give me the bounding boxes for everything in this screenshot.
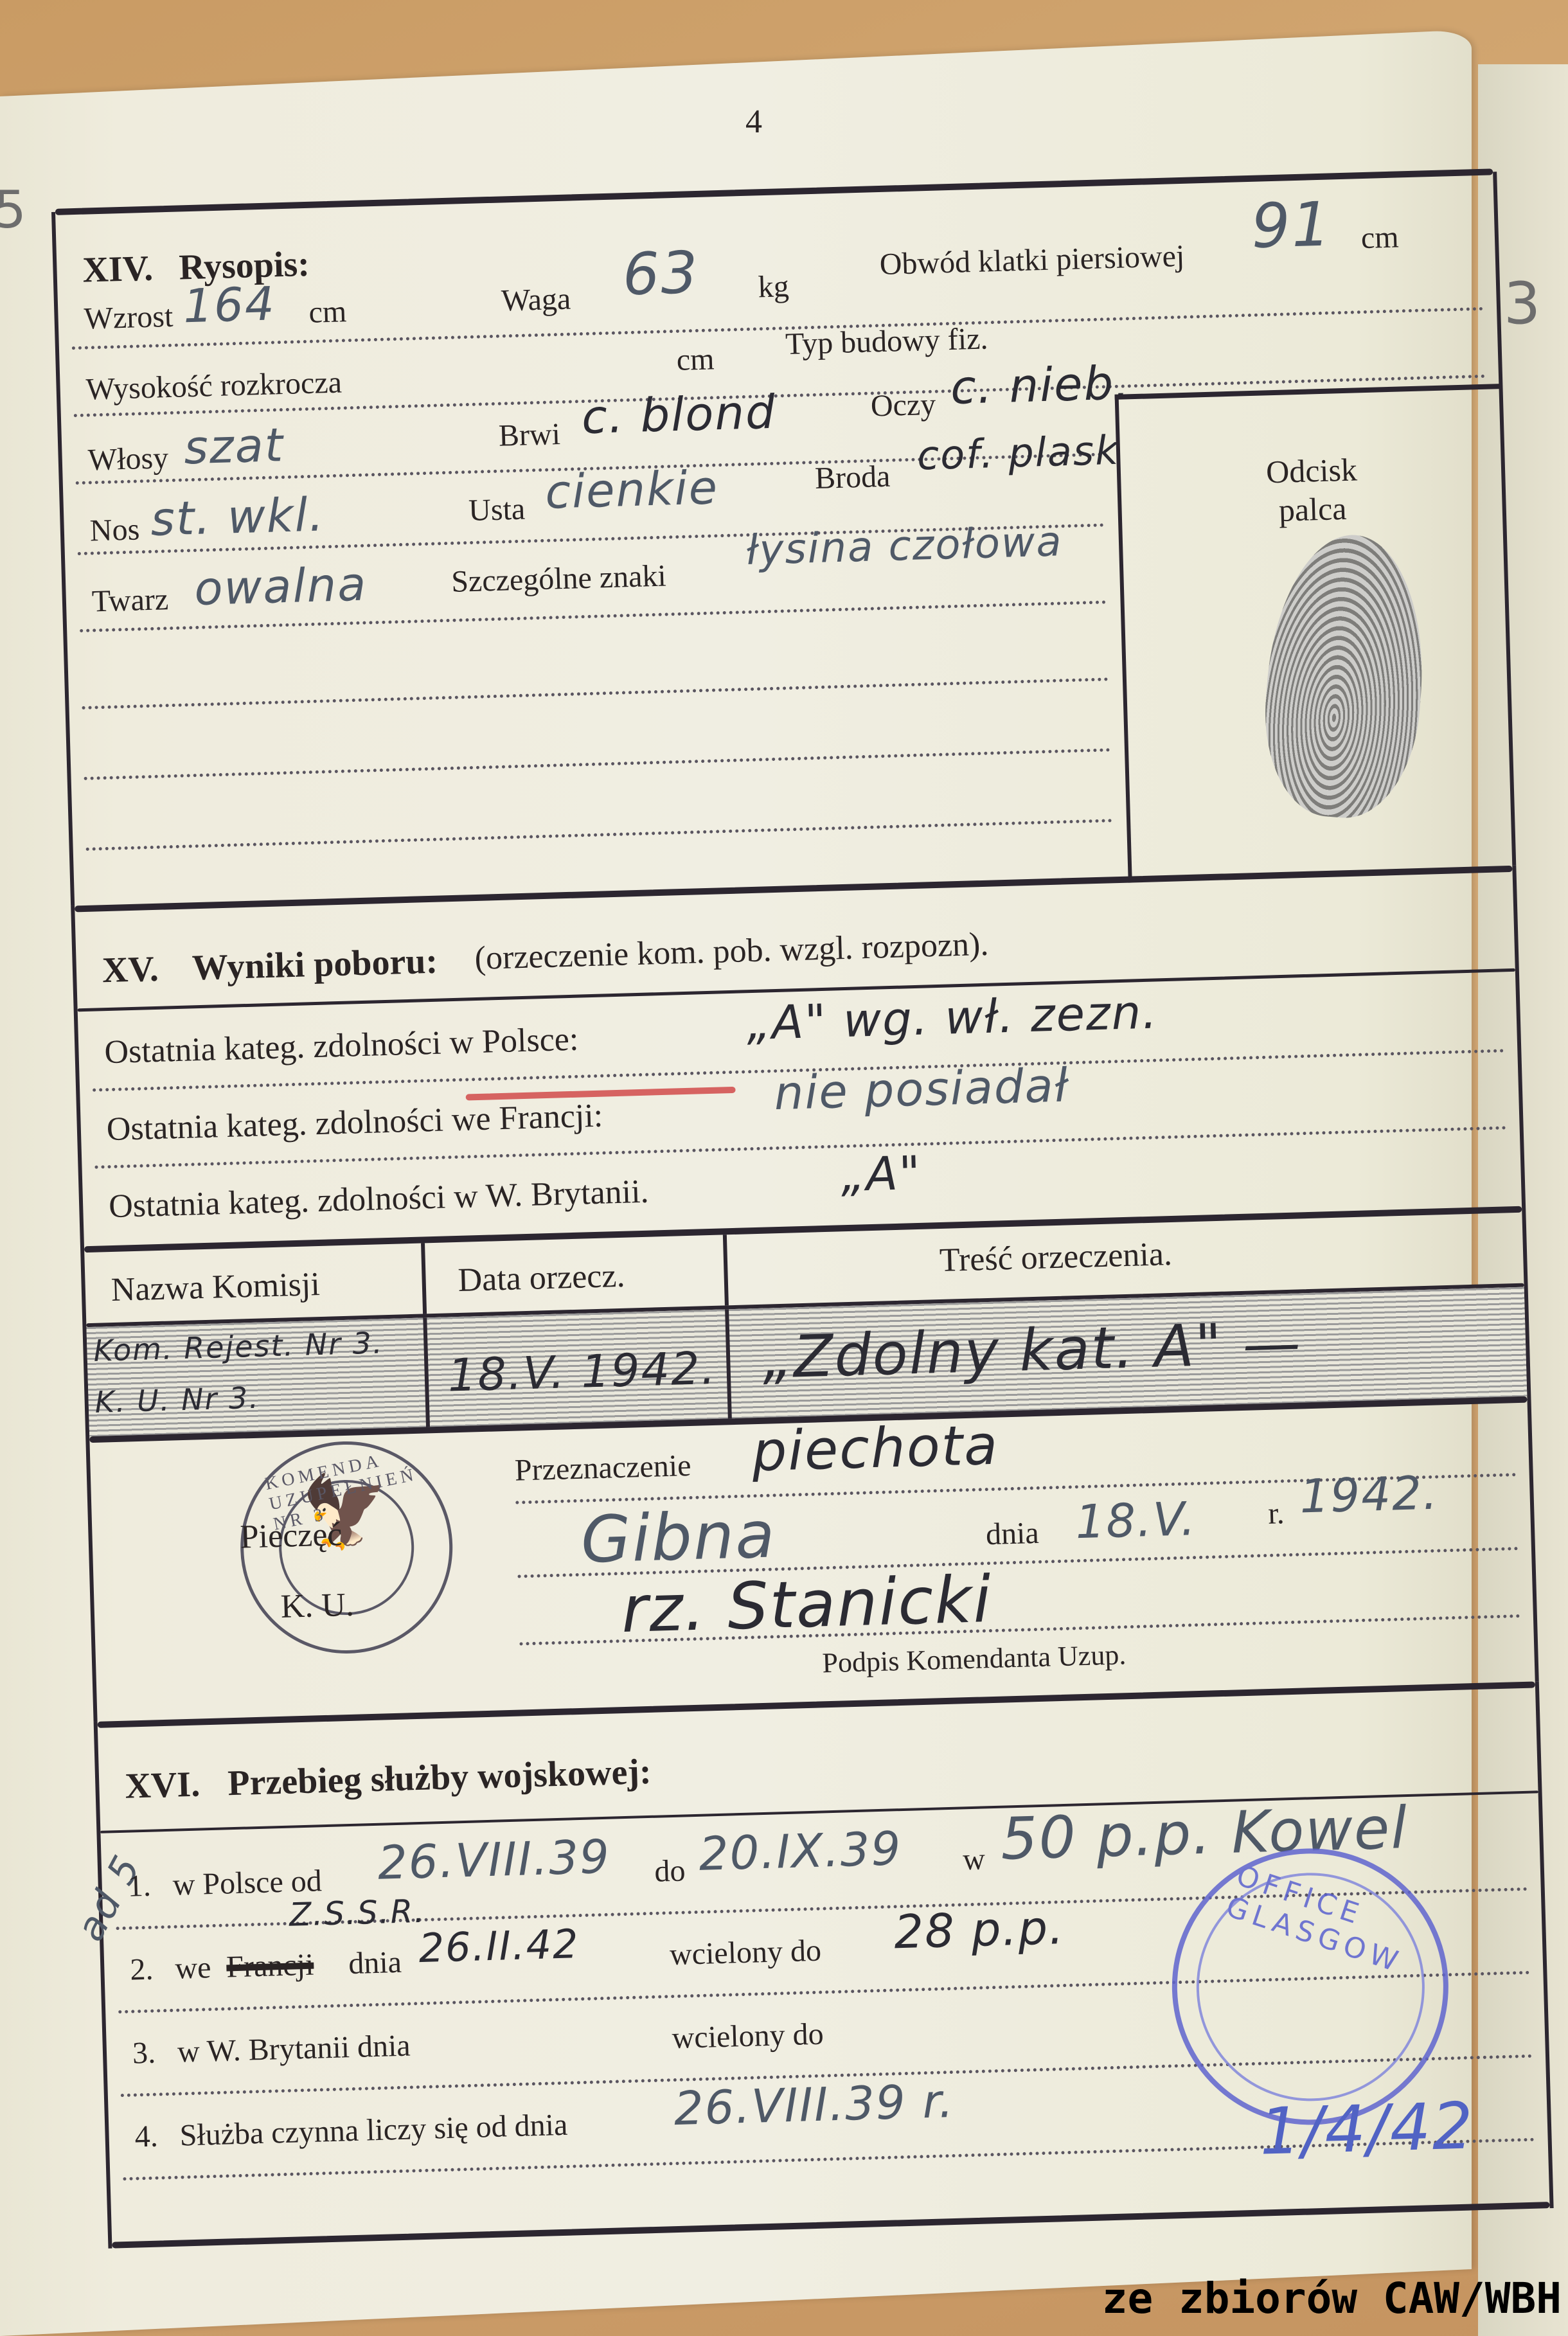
section-number: XV.: [102, 949, 159, 991]
unit-rozkrocze: cm: [676, 341, 715, 378]
label-rok: r.: [1268, 1495, 1285, 1531]
dotted-line: [84, 748, 1111, 780]
cell-data: 18.V. 1942.: [427, 1309, 732, 1427]
label-wzrost: Wzrost: [84, 299, 174, 337]
row4-dnia: 26.VIII.39 r.: [673, 2074, 956, 2135]
value-twarz: owalna: [193, 557, 368, 616]
stamp-label: Pieczęć: [240, 1515, 343, 1556]
section-subtitle: (orzeczenie kom. pob. wzgl. rozpozn).: [474, 925, 989, 977]
header-data: Data orzecz.: [458, 1257, 625, 1299]
value-wlosy: szat: [183, 418, 285, 474]
section-rysopis: XIV. Rysopis: Wzrost 164 cm Waga 63 kg O…: [51, 172, 1516, 905]
archive-watermark: ze zbiorów CAW/WBH: [1102, 2274, 1562, 2323]
value-kat-francja: nie posiadał: [774, 1058, 1070, 1120]
unit-waga: kg: [758, 269, 790, 305]
row-number: 2.: [130, 1952, 154, 1988]
label-waga: Waga: [501, 281, 571, 318]
blue-date: 1/4/42: [1259, 2088, 1475, 2169]
row2-dnia-label: dnia: [348, 1945, 402, 1981]
row-number: 4.: [134, 2119, 159, 2155]
section-przebieg-sluzby: XVI. Przebieg służby wojskowej: ad 5 1. …: [94, 1681, 1554, 2249]
section-number: XVI.: [125, 1764, 200, 1807]
value-usta: cienkie: [544, 460, 719, 519]
value-kat-polska: „A" wg. wł. zezn.: [745, 985, 1159, 1050]
row2-prefix: we: [175, 1950, 211, 1986]
label-usta: Usta: [468, 492, 525, 528]
section-title: Wyniki poboru:: [192, 941, 438, 989]
value-wzrost: 164: [183, 276, 276, 333]
row-number: 3.: [132, 2035, 156, 2071]
label-kat-francja: Ostatnia kateg. zdolności we Francji:: [106, 1097, 603, 1149]
row2-unit: 28 p.p.: [893, 1900, 1065, 1959]
value-dnia: 18.V.: [1074, 1492, 1197, 1549]
label-przeznaczenie: Przeznaczenie: [514, 1448, 691, 1488]
label-dnia: dnia: [985, 1515, 1039, 1552]
unit-obwod: cm: [1360, 219, 1399, 256]
row1-to: 20.IX.39: [699, 1821, 903, 1881]
value-rok: 1942.: [1299, 1466, 1439, 1524]
label-kat-polska: Ostatnia kateg. zdolności w Polsce:: [104, 1021, 579, 1072]
fingerprint-image: [1257, 530, 1432, 823]
header-cell: Data orzecz.: [425, 1235, 729, 1314]
value-przeznaczenie: piechota: [751, 1414, 1000, 1485]
label-rozkrocze: Wysokość rozkrocza: [85, 364, 343, 407]
header-komisja: Nazwa Komisji: [111, 1265, 320, 1309]
row4-prefix: Służba czynna liczy się od dnia: [179, 2107, 568, 2153]
value-broda: cof. plask: [916, 427, 1120, 479]
value-nos: st. wkl.: [150, 487, 325, 546]
cell-komisja: Kom. Rejest. Nr 3. K. U. Nr 3.: [86, 1317, 430, 1436]
dotted-line: [86, 819, 1113, 851]
value-brwi: c. blond: [581, 385, 777, 444]
unit-wzrost: cm: [308, 294, 347, 330]
row3-wcielony-label: wcielony do: [672, 2017, 824, 2056]
label-broda: Broda: [814, 459, 891, 496]
value-waga: 63: [622, 239, 700, 308]
page-number: 4: [745, 103, 762, 141]
label-nos: Nos: [89, 512, 140, 548]
value-obwod: 91: [1251, 189, 1333, 262]
value-data-orzecz: 18.V. 1942.: [447, 1342, 717, 1402]
row2-struck-country: Francji: [226, 1947, 314, 1985]
value-miejscowosc: Gibna: [580, 1497, 777, 1577]
value-tresc: „Zdolny kat. A" —: [762, 1309, 1303, 1391]
value-komisja-2: K. U. Nr 3.: [94, 1380, 260, 1420]
glasgow-office-stamp: OFFICE GLASGOW: [1168, 1844, 1452, 2128]
label-obwod: Obwód klatki piersiowej: [879, 238, 1185, 282]
section-number: XIV.: [82, 248, 154, 291]
label-typ-budowy: Typ budowy fiz.: [785, 321, 988, 362]
form-frame: XIV. Rysopis: Wzrost 164 cm Waga 63 kg O…: [51, 171, 1568, 2255]
row2-inserted-country: Z.S.S.R.: [289, 1893, 426, 1934]
signature-label: Podpis Komendanta Uzup.: [822, 1638, 1127, 1679]
row1-w-label: w: [962, 1841, 985, 1877]
value-kat-brytania: „A": [840, 1146, 922, 1202]
label-brwi: Brwi: [498, 416, 560, 454]
label-wlosy: Włosy: [87, 440, 169, 477]
section-title: Przebieg służby wojskowej:: [227, 1751, 652, 1804]
header-cell: Nazwa Komisji: [84, 1243, 427, 1323]
row1-do-label: do: [654, 1853, 686, 1889]
label-oczy: Oczy: [870, 387, 936, 424]
row-number: 1.: [127, 1868, 152, 1904]
label-kat-brytania: Ostatnia kateg. zdolności w W. Brytanii.: [108, 1173, 649, 1226]
row2-dnia: 26.II.42: [418, 1920, 580, 1972]
row2-wcielony-label: wcielony do: [669, 1933, 821, 1973]
value-komisja-1: Kom. Rejest. Nr 3.: [93, 1325, 384, 1368]
header-tresc: Treść orzeczenia.: [939, 1235, 1172, 1279]
margin-mark-left: 5: [0, 180, 26, 240]
dotted-line: [82, 677, 1109, 709]
dotted-line: [72, 307, 1484, 350]
fingerprint-box: Odcisk palca: [1115, 384, 1514, 882]
label-szczegolne-znaki: Szczególne znaki: [451, 558, 667, 600]
label-twarz: Twarz: [91, 582, 169, 619]
stamp-label-ku: K. U.: [280, 1586, 355, 1626]
section-wyniki-poboru: XV. Wyniki poboru: (orzeczenie kom. pob.…: [71, 866, 1539, 1722]
row3-prefix: w W. Brytanii dnia: [177, 2028, 411, 2070]
value-oczy: c. nieb.: [950, 355, 1131, 415]
row1-from: 26.VIII.39: [377, 1830, 611, 1890]
value-szczegolne-znaki: łysina czołowa: [745, 518, 1063, 575]
